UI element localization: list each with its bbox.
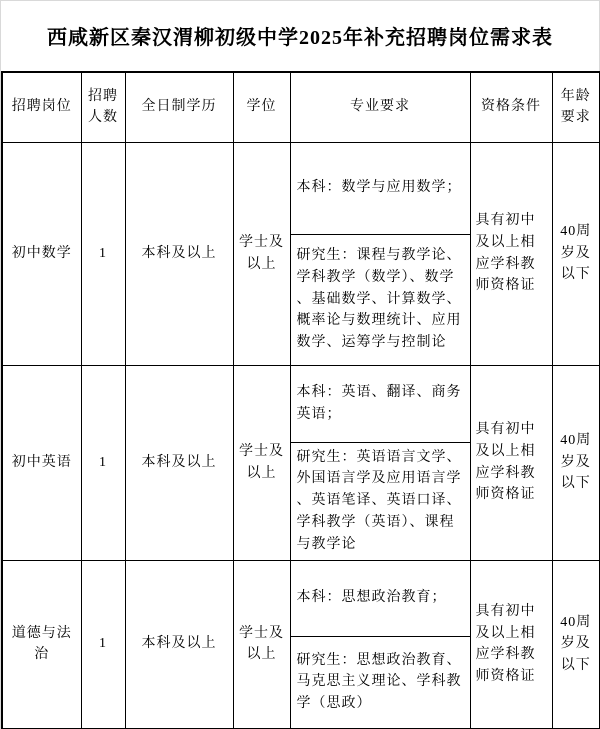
cell-major-bachelor: 本科：思想政治教育；	[290, 560, 470, 636]
cell-position: 初中数学	[2, 142, 81, 365]
col-header-position: 招聘岗位	[2, 72, 81, 142]
cell-qualification: 具有初中及以上相应学科教师资格证	[470, 365, 552, 560]
col-header-degree: 学位	[233, 72, 290, 142]
cell-degree: 学士及以上	[233, 142, 290, 365]
table-row: 初中数学 1 本科及以上 学士及以上 本科：数学与应用数学； 具有初中及以上相应…	[2, 142, 600, 234]
cell-count: 1	[81, 365, 125, 560]
cell-major-graduate: 研究生：课程与教学论、学科教学（数学）、数学、基础数学、计算数学、概率论与数理统…	[290, 234, 470, 365]
cell-position: 道德与法治	[2, 560, 81, 729]
col-header-age: 年龄要求	[552, 72, 600, 142]
col-header-qualification: 资格条件	[470, 72, 552, 142]
cell-degree: 学士及以上	[233, 560, 290, 729]
table-row: 初中英语 1 本科及以上 学士及以上 本科：英语、翻译、商务英语； 具有初中及以…	[2, 365, 600, 442]
document-page: 西咸新区秦汉渭柳初级中学2025年补充招聘岗位需求表 招聘岗位 招聘人数 全日制…	[0, 0, 600, 729]
cell-age: 40周岁及以下	[552, 142, 600, 365]
cell-position: 初中英语	[2, 365, 81, 560]
cell-qualification: 具有初中及以上相应学科教师资格证	[470, 560, 552, 729]
cell-major-graduate: 研究生：英语语言文学、外国语言学及应用语言学、英语笔译、英语口译、学科教学（英语…	[290, 442, 470, 560]
cell-education: 本科及以上	[125, 142, 233, 365]
cell-age: 40周岁及以下	[552, 560, 600, 729]
cell-major-graduate: 研究生：思想政治教育、马克思主义理论、学科教学（思政）	[290, 636, 470, 729]
cell-age: 40周岁及以下	[552, 365, 600, 560]
cell-count: 1	[81, 560, 125, 729]
cell-count: 1	[81, 142, 125, 365]
cell-degree: 学士及以上	[233, 365, 290, 560]
page-title: 西咸新区秦汉渭柳初级中学2025年补充招聘岗位需求表	[0, 0, 600, 71]
cell-qualification: 具有初中及以上相应学科教师资格证	[470, 142, 552, 365]
col-header-count: 招聘人数	[81, 72, 125, 142]
recruitment-table: 招聘岗位 招聘人数 全日制学历 学位 专业要求 资格条件 年龄要求 初中数学 1…	[1, 71, 600, 729]
header-row: 招聘岗位 招聘人数 全日制学历 学位 专业要求 资格条件 年龄要求	[2, 72, 600, 142]
cell-education: 本科及以上	[125, 365, 233, 560]
cell-major-bachelor: 本科：英语、翻译、商务英语；	[290, 365, 470, 442]
col-header-major: 专业要求	[290, 72, 470, 142]
col-header-education: 全日制学历	[125, 72, 233, 142]
cell-education: 本科及以上	[125, 560, 233, 729]
table-row: 道德与法治 1 本科及以上 学士及以上 本科：思想政治教育； 具有初中及以上相应…	[2, 560, 600, 636]
cell-major-bachelor: 本科：数学与应用数学；	[290, 142, 470, 234]
